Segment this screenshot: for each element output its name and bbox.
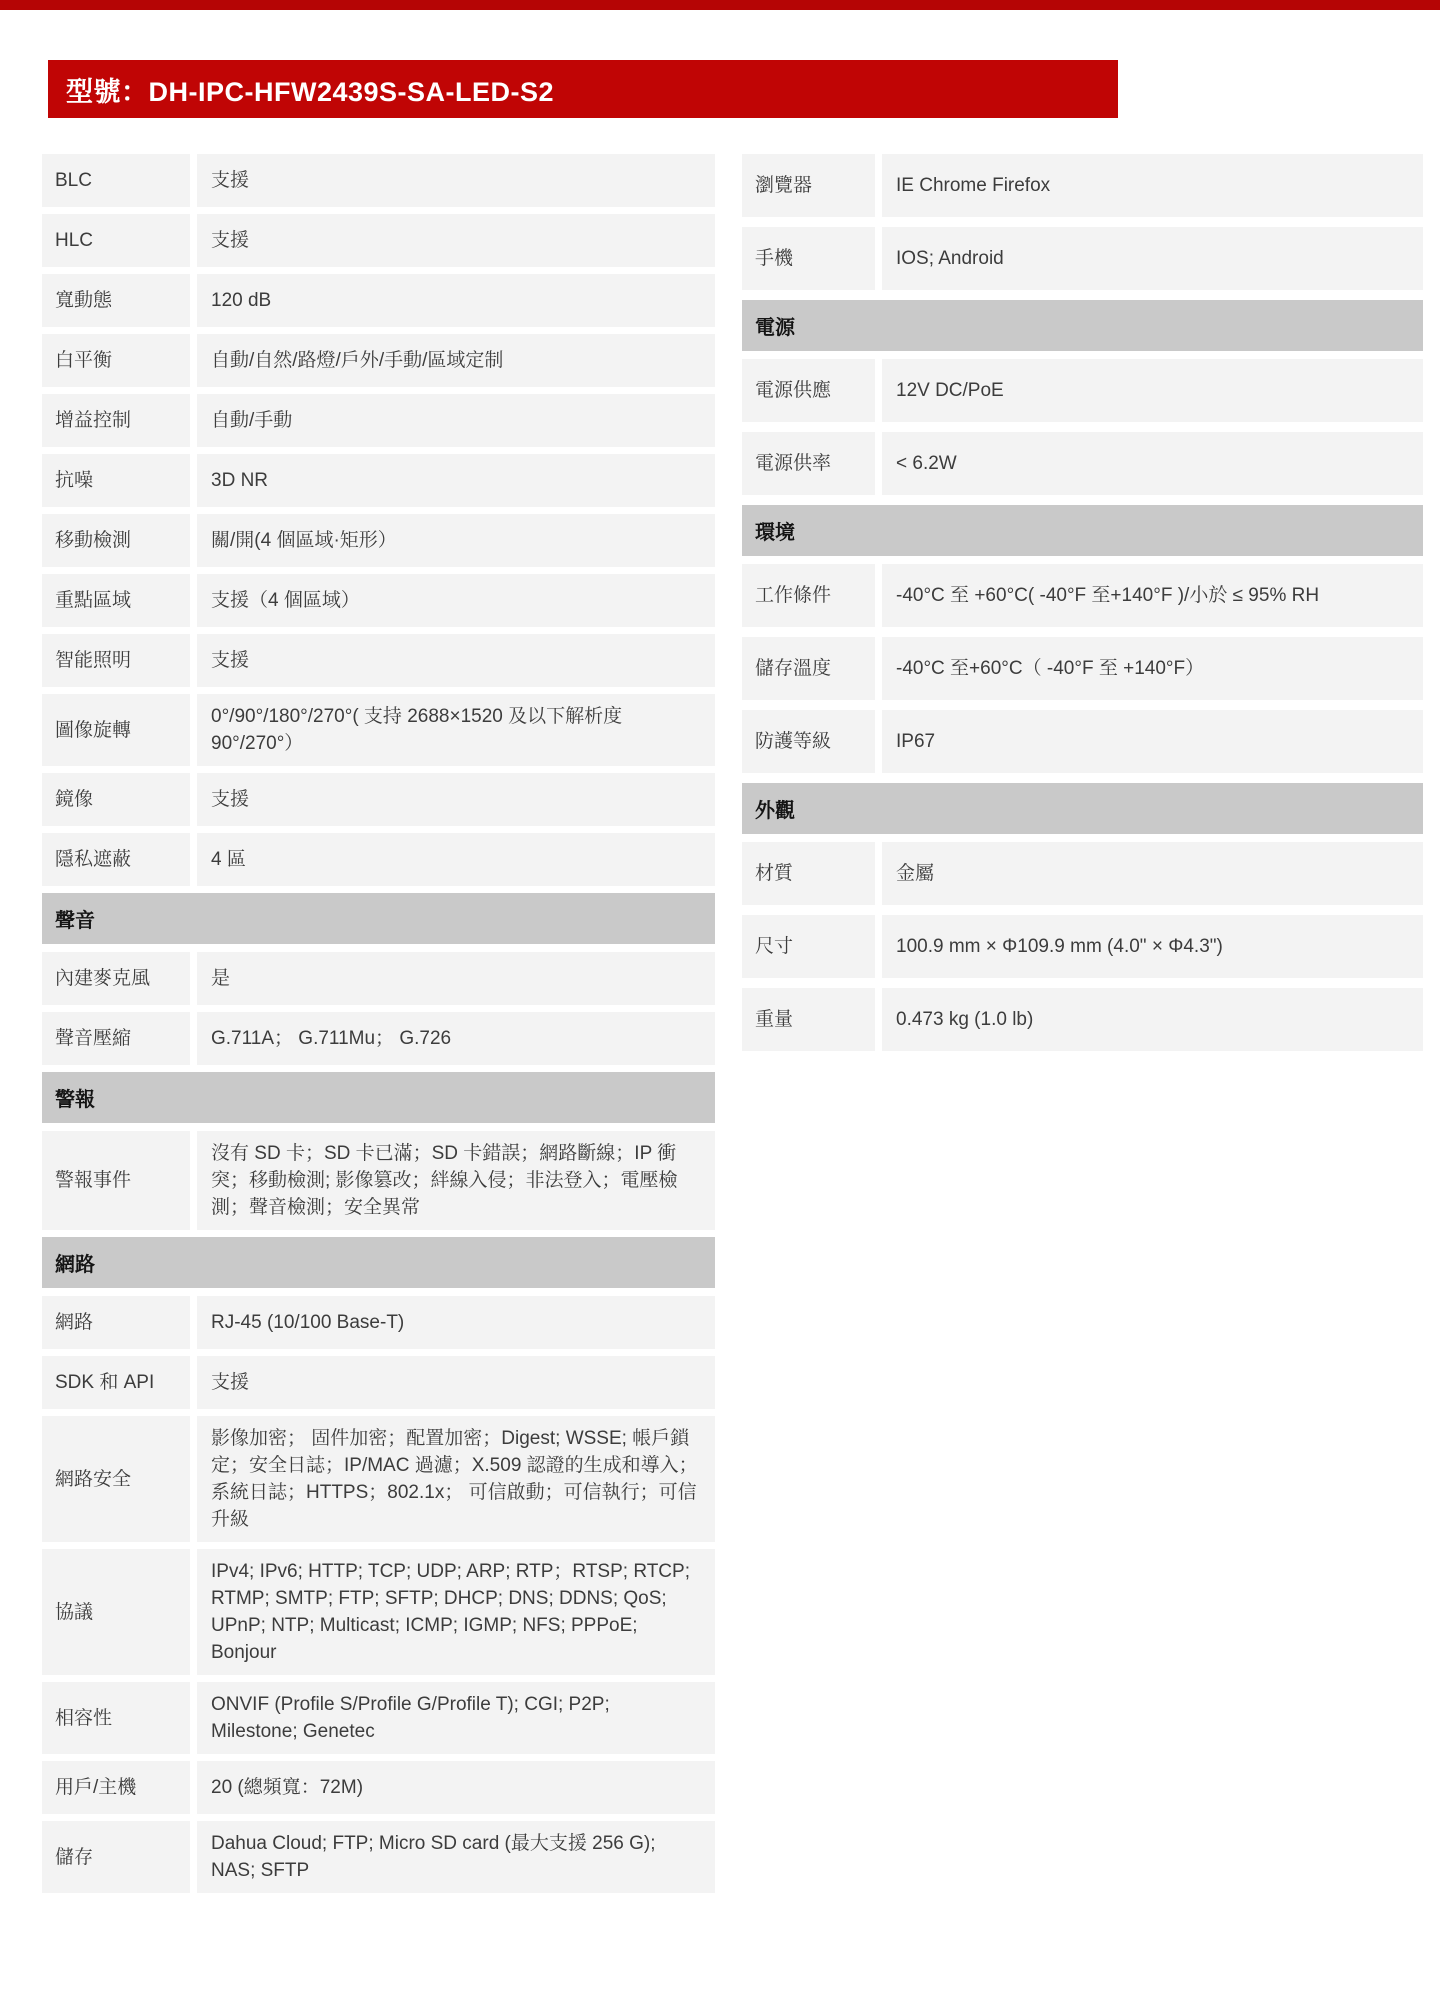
spec-row-protection-rating: 防護等級 IP67: [742, 710, 1423, 773]
spec-row-power-consumption: 電源供率 < 6.2W: [742, 432, 1423, 495]
spec-row-interoperability: 相容性 ONVIF (Profile S/Profile G/Profile T…: [42, 1682, 715, 1754]
spec-label: 協議: [42, 1549, 190, 1675]
spec-label: 移動檢測: [42, 514, 190, 567]
spec-label: 網路安全: [42, 1416, 190, 1542]
spec-label: 智能照明: [42, 634, 190, 687]
spec-row-power-supply: 電源供應 12V DC/PoE: [742, 359, 1423, 422]
spec-value: ONVIF (Profile S/Profile G/Profile T); C…: [197, 1682, 715, 1754]
spec-value: 自動/手動: [197, 394, 715, 447]
spec-value: 自動/自然/路燈/戶外/手動/區域定制: [197, 334, 715, 387]
spec-label: 相容性: [42, 1682, 190, 1754]
section-header-alarm: 警報: [42, 1072, 715, 1123]
spec-label: 寬動態: [42, 274, 190, 327]
spec-value: 是: [197, 952, 715, 1005]
spec-value: 關/開(4 個區域·矩形）: [197, 514, 715, 567]
spec-label: 抗噪: [42, 454, 190, 507]
spec-row-image-rotation: 圖像旋轉 0°/90°/180°/270°( 支持 2688×1520 及以下解…: [42, 694, 715, 766]
spec-value: 0.473 kg (1.0 lb): [882, 988, 1423, 1051]
spec-label: BLC: [42, 154, 190, 207]
spec-value: 支援（4 個區域）: [197, 574, 715, 627]
spec-value: 12V DC/PoE: [882, 359, 1423, 422]
spec-value: 支援: [197, 773, 715, 826]
spec-row-material: 材質 金屬: [742, 842, 1423, 905]
spec-row-user-host: 用戶/主機 20 (總頻寬：72M): [42, 1761, 715, 1814]
spec-value: 沒有 SD 卡；SD 卡已滿；SD 卡錯誤；網路斷線；IP 衝突；移動檢測; 影…: [197, 1131, 715, 1230]
model-title-bar: 型號：DH-IPC-HFW2439S-SA-LED-S2: [48, 60, 1118, 118]
spec-value: 20 (總頻寬：72M): [197, 1761, 715, 1814]
spec-value: G.711A； G.711Mu； G.726: [197, 1012, 715, 1065]
section-header-appearance: 外觀: [742, 783, 1423, 834]
section-header-audio: 聲音: [42, 893, 715, 944]
spec-row-built-in-mic: 內建麥克風 是: [42, 952, 715, 1005]
spec-value: 影像加密； 固件加密；配置加密；Digest; WSSE; 帳戶鎖定；安全日誌；…: [197, 1416, 715, 1542]
spec-value: < 6.2W: [882, 432, 1423, 495]
spec-label: 鏡像: [42, 773, 190, 826]
spec-row-smart-illumination: 智能照明 支援: [42, 634, 715, 687]
spec-value: -40°C 至 +60°C( -40°F 至+140°F )/小於 ≤ 95% …: [882, 564, 1423, 627]
spec-value: 支援: [197, 634, 715, 687]
spec-value: -40°C 至+60°C（ -40°F 至 +140°F）: [882, 637, 1423, 700]
top-red-strip: [0, 0, 1440, 10]
spec-row-alarm-events: 警報事件 沒有 SD 卡；SD 卡已滿；SD 卡錯誤；網路斷線；IP 衝突；移動…: [42, 1131, 715, 1230]
spec-row-hlc: HLC 支援: [42, 214, 715, 267]
spec-label: 用戶/主機: [42, 1761, 190, 1814]
model-title: 型號：DH-IPC-HFW2439S-SA-LED-S2: [66, 70, 554, 109]
spec-row-mirror: 鏡像 支援: [42, 773, 715, 826]
spec-column-right: 瀏覽器 IE Chrome Firefox 手機 IOS; Android 電源…: [742, 154, 1423, 1900]
spec-value: 120 dB: [197, 274, 715, 327]
section-header-power: 電源: [742, 300, 1423, 351]
spec-label: 材質: [742, 842, 875, 905]
spec-value: IP67: [882, 710, 1423, 773]
spec-row-browser: 瀏覽器 IE Chrome Firefox: [742, 154, 1423, 217]
spec-label: 白平衡: [42, 334, 190, 387]
spec-row-noise-reduction: 抗噪 3D NR: [42, 454, 715, 507]
spec-value: IPv4; IPv6; HTTP; TCP; UDP; ARP; RTP；RTS…: [197, 1549, 715, 1675]
spec-label: 電源供應: [742, 359, 875, 422]
spec-row-blc: BLC 支援: [42, 154, 715, 207]
spec-row-network-port: 網路 RJ-45 (10/100 Base-T): [42, 1296, 715, 1349]
spec-value: 支援: [197, 214, 715, 267]
spec-label: 瀏覽器: [742, 154, 875, 217]
spec-label: 儲存: [42, 1821, 190, 1893]
spec-label: 儲存溫度: [742, 637, 875, 700]
spec-label: 尺寸: [742, 915, 875, 978]
spec-label: 重量: [742, 988, 875, 1051]
spec-row-storage-temperature: 儲存溫度 -40°C 至+60°C（ -40°F 至 +140°F）: [742, 637, 1423, 700]
spec-label: 工作條件: [742, 564, 875, 627]
spec-value: Dahua Cloud; FTP; Micro SD card (最大支援 25…: [197, 1821, 715, 1893]
spec-label: 防護等級: [742, 710, 875, 773]
spec-row-privacy-masking: 隱私遮蔽 4 區: [42, 833, 715, 886]
spec-row-gain-control: 增益控制 自動/手動: [42, 394, 715, 447]
spec-label: 增益控制: [42, 394, 190, 447]
spec-row-storage: 儲存 Dahua Cloud; FTP; Micro SD card (最大支援…: [42, 1821, 715, 1893]
spec-column-left: BLC 支援 HLC 支援 寬動態 120 dB 白平衡 自動/自然/路燈/戶外…: [42, 154, 715, 1900]
spec-row-weight: 重量 0.473 kg (1.0 lb): [742, 988, 1423, 1051]
spec-row-mobile: 手機 IOS; Android: [742, 227, 1423, 290]
spec-row-operating-conditions: 工作條件 -40°C 至 +60°C( -40°F 至+140°F )/小於 ≤…: [742, 564, 1423, 627]
spec-columns: BLC 支援 HLC 支援 寬動態 120 dB 白平衡 自動/自然/路燈/戶外…: [42, 154, 1440, 1900]
spec-label: 重點區域: [42, 574, 190, 627]
spec-row-dimensions: 尺寸 100.9 mm × Φ109.9 mm (4.0" × Φ4.3"): [742, 915, 1423, 978]
spec-row-audio-compression: 聲音壓縮 G.711A； G.711Mu； G.726: [42, 1012, 715, 1065]
spec-label: 網路: [42, 1296, 190, 1349]
spec-row-cyber-security: 網路安全 影像加密； 固件加密；配置加密；Digest; WSSE; 帳戶鎖定；…: [42, 1416, 715, 1542]
spec-row-white-balance: 白平衡 自動/自然/路燈/戶外/手動/區域定制: [42, 334, 715, 387]
spec-value: 4 區: [197, 833, 715, 886]
spec-value: IOS; Android: [882, 227, 1423, 290]
spec-row-sdk-api: SDK 和 API 支援: [42, 1356, 715, 1409]
spec-label: 內建麥克風: [42, 952, 190, 1005]
spec-label: 聲音壓縮: [42, 1012, 190, 1065]
section-header-network: 網路: [42, 1237, 715, 1288]
spec-label: 電源供率: [742, 432, 875, 495]
spec-value: 支援: [197, 154, 715, 207]
spec-row-motion-detection: 移動檢測 關/開(4 個區域·矩形）: [42, 514, 715, 567]
spec-label: 圖像旋轉: [42, 694, 190, 766]
spec-value: IE Chrome Firefox: [882, 154, 1423, 217]
spec-value: 金屬: [882, 842, 1423, 905]
spec-row-wdr: 寬動態 120 dB: [42, 274, 715, 327]
spec-value: 3D NR: [197, 454, 715, 507]
spec-row-roi: 重點區域 支援（4 個區域）: [42, 574, 715, 627]
spec-value: RJ-45 (10/100 Base-T): [197, 1296, 715, 1349]
spec-label: SDK 和 API: [42, 1356, 190, 1409]
spec-row-protocols: 協議 IPv4; IPv6; HTTP; TCP; UDP; ARP; RTP；…: [42, 1549, 715, 1675]
spec-value: 0°/90°/180°/270°( 支持 2688×1520 及以下解析度 90…: [197, 694, 715, 766]
section-header-environment: 環境: [742, 505, 1423, 556]
spec-label: 隱私遮蔽: [42, 833, 190, 886]
spec-label: 警報事件: [42, 1131, 190, 1230]
spec-label: HLC: [42, 214, 190, 267]
spec-value: 100.9 mm × Φ109.9 mm (4.0" × Φ4.3"): [882, 915, 1423, 978]
spec-label: 手機: [742, 227, 875, 290]
spec-value: 支援: [197, 1356, 715, 1409]
